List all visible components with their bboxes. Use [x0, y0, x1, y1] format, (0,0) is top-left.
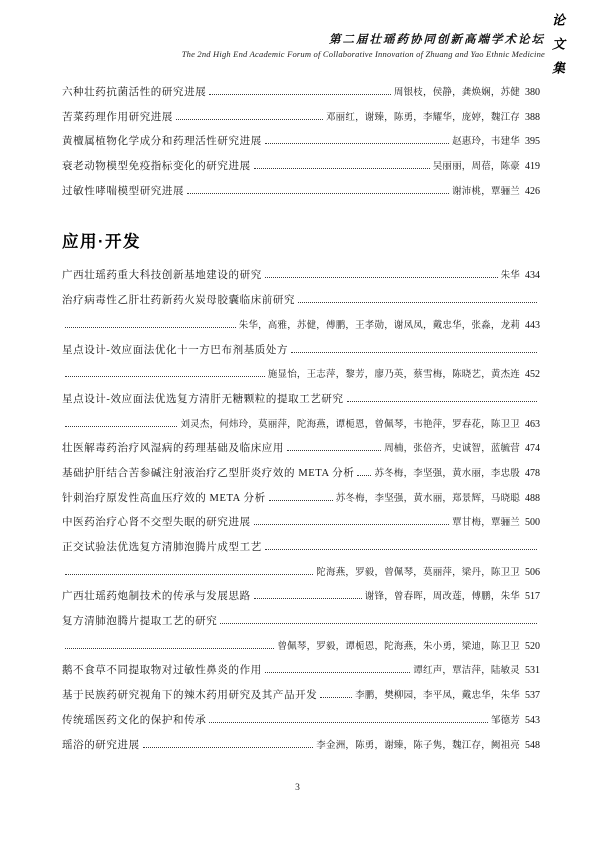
- entry-authors: 刘灵杰，何炜玲，莫丽萍，陀海燕，谭栀恩，曾佩琴，韦艳萍，罗春花，陈卫卫: [180, 416, 520, 430]
- entry-authors: 曾佩琴，罗毅，谭栀恩，陀海燕，朱小勇，梁迪，陈卫卫: [277, 638, 520, 652]
- entry-title: 鹅不食草不同提取物对过敏性鼻炎的作用: [62, 662, 262, 677]
- dotted-leader: [209, 94, 391, 95]
- toc-entry: 针刺治疗原发性高血压疗效的 META 分析 苏冬梅，李坚强，黄水丽，郑景辉，马晓…: [62, 490, 540, 515]
- dotted-leader: [187, 193, 449, 194]
- entry-page-number: 419: [525, 161, 540, 172]
- dotted-leader: [65, 574, 313, 575]
- toc-entry: 苦菜药理作用研究进展 邓丽红，谢臻，陈勇，李耀华，庞婷，魏江存 388: [62, 109, 540, 134]
- dotted-leader: [176, 119, 323, 120]
- entry-page-number: 500: [525, 517, 540, 528]
- proceedings-side-label: 论文集: [548, 13, 567, 85]
- dotted-leader: [220, 623, 537, 624]
- entry-authors: 覃甘梅，覃骊兰: [452, 514, 520, 528]
- dotted-leader: [291, 352, 537, 353]
- toc-entry: 过敏性哮喘模型研究进展 谢沛桃，覃骊兰 426: [62, 183, 540, 208]
- toc-entry: 衰老动物模型免疫指标变化的研究进展 吴丽丽，周蓓，陈豪 419: [62, 158, 540, 183]
- entry-page-number: 380: [525, 87, 540, 98]
- entry-title: 黄檀属植物化学成分和药理活性研究进展: [62, 133, 262, 148]
- entry-authors: 谢锋，曾春晖，周改莲，傅鹏，朱华: [365, 588, 520, 602]
- entry-authors: 周楠，张倍齐，史诚智，蓝毓营: [384, 440, 520, 454]
- dotted-leader: [65, 426, 177, 427]
- entry-authors: 李金洲，陈勇，谢臻，陈子隽，魏江存，阙祖亮: [316, 737, 520, 751]
- toc-entry: 黄檀属植物化学成分和药理活性研究进展 赵惠玲，韦建华 395: [62, 133, 540, 158]
- dotted-leader: [287, 450, 381, 451]
- entry-page-number: 506: [525, 567, 540, 578]
- dotted-leader: [65, 648, 274, 649]
- entry-title: 复方清肺泡腾片提取工艺的研究: [62, 613, 217, 628]
- toc-entry: 基于民族药研究视角下的辣木药用研究及其产品开发 李鹏，樊柳园，李平凤，戴忠华，朱…: [62, 687, 540, 712]
- dotted-leader: [254, 598, 362, 599]
- entry-title: 壮医解毒药治疗风湿病的药理基础及临床应用: [62, 440, 284, 455]
- toc-page: 第二届壮瑶药协同创新高端学术论坛 The 2nd High End Academ…: [0, 0, 595, 842]
- toc-entry: 广西壮瑶药重大科技创新基地建设的研究 朱华 434: [62, 267, 540, 292]
- dotted-leader: [320, 697, 352, 698]
- entry-authors: 施显怡，王志萍，黎芳，廖乃英，蔡雪梅，陈晓艺，黄杰连: [268, 366, 520, 380]
- entry-title: 瑶浴的研究进展: [62, 737, 140, 752]
- toc-entry: 鹅不食草不同提取物对过敏性鼻炎的作用 谭红声，覃洁萍，陆敏灵 531: [62, 662, 540, 687]
- entry-authors: 赵惠玲，韦建华: [452, 133, 520, 147]
- page-footer: 3: [0, 777, 595, 795]
- entry-title: 广西壮瑶药重大科技创新基地建设的研究: [62, 267, 262, 282]
- entry-title: 星点设计-效应面法优选复方清肝无糖颗粒的提取工艺研究: [62, 391, 344, 406]
- entry-title: 治疗病毒性乙肝壮药新药火炭母胶囊临床前研究: [62, 292, 295, 307]
- entry-page-number: 434: [525, 270, 540, 281]
- entry-authors: 周银枝，侯静，龚焕娴，苏健: [394, 84, 520, 98]
- entry-authors: 苏冬梅，李坚强，黄水丽，李忠殷: [374, 465, 520, 479]
- entry-authors: 邹德芳: [491, 712, 520, 726]
- entry-title: 星点设计-效应面法优化十一方巴布剂基质处方: [62, 342, 288, 357]
- toc-entry: 陀海燕，罗毅，曾佩琴，莫丽萍，梁丹，陈卫卫 506: [62, 564, 540, 589]
- entry-title: 过敏性哮喘模型研究进展: [62, 183, 184, 198]
- dotted-leader: [265, 277, 498, 278]
- toc-entry: 治疗病毒性乙肝壮药新药火炭母胶囊临床前研究: [62, 292, 540, 317]
- entry-title: 传统瑶医药文化的保护和传承: [62, 712, 206, 727]
- toc-entry: 刘灵杰，何炜玲，莫丽萍，陀海燕，谭栀恩，曾佩琴，韦艳萍，罗春花，陈卫卫 463: [62, 416, 540, 441]
- dotted-leader: [265, 672, 410, 673]
- table-of-contents: 六种壮药抗菌活性的研究进展 周银枝，侯静，龚焕娴，苏健 380 苦菜药理作用研究…: [62, 84, 540, 761]
- entry-page-number: 426: [525, 186, 540, 197]
- entry-title: 基于民族药研究视角下的辣木药用研究及其产品开发: [62, 687, 317, 702]
- entry-authors: 谢沛桃，覃骊兰: [452, 183, 520, 197]
- entry-authors: 谭红声，覃洁萍，陆敏灵: [413, 662, 520, 676]
- toc-entry: 广西壮瑶药炮制技术的传承与发展思路 谢锋，曾春晖，周改莲，傅鹏，朱华 517: [62, 588, 540, 613]
- entry-page-number: 395: [525, 136, 540, 147]
- toc-entry: 基础护肝结合苦参碱注射液治疗乙型肝炎疗效的 META 分析 苏冬梅，李坚强，黄水…: [62, 465, 540, 490]
- toc-entry: 瑶浴的研究进展 李金洲，陈勇，谢臻，陈子隽，魏江存，阙祖亮 548: [62, 737, 540, 762]
- dotted-leader: [265, 143, 449, 144]
- toc-entry: 六种壮药抗菌活性的研究进展 周银枝，侯静，龚焕娴，苏健 380: [62, 84, 540, 109]
- entry-page-number: 537: [525, 690, 540, 701]
- entry-authors: 朱华，高雅，苏健，傅鹏，王孝勋，谢凤凤，戴忠华，张淼，龙莉: [239, 317, 520, 331]
- entry-page-number: 531: [525, 665, 540, 676]
- entry-page-number: 517: [525, 591, 540, 602]
- dotted-leader: [254, 524, 449, 525]
- dotted-leader: [65, 376, 265, 377]
- page-number: 3: [295, 783, 300, 793]
- entry-page-number: 520: [525, 641, 540, 652]
- entry-authors: 陀海燕，罗毅，曾佩琴，莫丽萍，梁丹，陈卫卫: [316, 564, 520, 578]
- entry-authors: 苏冬梅，李坚强，黄水丽，郑景辉，马晓聪: [336, 490, 520, 504]
- entry-title: 基础护肝结合苦参碱注射液治疗乙型肝炎疗效的 META 分析: [62, 465, 354, 480]
- entry-page-number: 543: [525, 715, 540, 726]
- entry-page-number: 488: [525, 493, 540, 504]
- toc-entry: 曾佩琴，罗毅，谭栀恩，陀海燕，朱小勇，梁迪，陈卫卫 520: [62, 638, 540, 663]
- entry-title: 中医药治疗心肾不交型失眠的研究进展: [62, 514, 251, 529]
- dotted-leader: [298, 302, 537, 303]
- dotted-leader: [209, 722, 488, 723]
- section-heading: 应用·开发: [62, 228, 540, 252]
- forum-title-english: The 2nd High End Academic Forum of Colla…: [182, 49, 545, 60]
- toc-entry: 中医药治疗心肾不交型失眠的研究进展 覃甘梅，覃骊兰 500: [62, 514, 540, 539]
- toc-entry: 星点设计-效应面法优化十一方巴布剂基质处方: [62, 342, 540, 367]
- entry-page-number: 478: [525, 468, 540, 479]
- entry-page-number: 443: [525, 320, 540, 331]
- dotted-leader: [265, 549, 537, 550]
- toc-entry: 复方清肺泡腾片提取工艺的研究: [62, 613, 540, 638]
- dotted-leader: [254, 168, 430, 169]
- dotted-leader: [347, 401, 537, 402]
- toc-entry: 传统瑶医药文化的保护和传承 邹德芳 543: [62, 712, 540, 737]
- entry-title: 衰老动物模型免疫指标变化的研究进展: [62, 158, 251, 173]
- entry-authors: 邓丽红，谢臻，陈勇，李耀华，庞婷，魏江存: [326, 109, 520, 123]
- entry-page-number: 388: [525, 112, 540, 123]
- entry-authors: 李鹏，樊柳园，李平凤，戴忠华，朱华: [355, 687, 520, 701]
- entry-title: 正交试验法优选复方清肺泡腾片成型工艺: [62, 539, 262, 554]
- forum-title-chinese: 第二届壮瑶药协同创新高端学术论坛: [182, 33, 545, 47]
- entry-authors: 吴丽丽，周蓓，陈豪: [433, 158, 520, 172]
- entry-title: 六种壮药抗菌活性的研究进展: [62, 84, 206, 99]
- toc-entry: 壮医解毒药治疗风湿病的药理基础及临床应用 周楠，张倍齐，史诚智，蓝毓营 474: [62, 440, 540, 465]
- entry-title: 针刺治疗原发性高血压疗效的 META 分析: [62, 490, 266, 505]
- dotted-leader: [357, 475, 371, 476]
- toc-entry: 施显怡，王志萍，黎芳，廖乃英，蔡雪梅，陈晓艺，黄杰连 452: [62, 366, 540, 391]
- entry-title: 苦菜药理作用研究进展: [62, 109, 173, 124]
- entry-page-number: 463: [525, 419, 540, 430]
- entry-page-number: 548: [525, 740, 540, 751]
- toc-entry: 星点设计-效应面法优选复方清肝无糖颗粒的提取工艺研究: [62, 391, 540, 416]
- entry-authors: 朱华: [501, 267, 520, 281]
- dotted-leader: [269, 500, 333, 501]
- dotted-leader: [143, 747, 314, 748]
- page-header: 第二届壮瑶药协同创新高端学术论坛 The 2nd High End Academ…: [182, 33, 545, 60]
- toc-entry: 朱华，高雅，苏健，傅鹏，王孝勋，谢凤凤，戴忠华，张淼，龙莉 443: [62, 317, 540, 342]
- entry-page-number: 452: [525, 369, 540, 380]
- dotted-leader: [65, 327, 236, 328]
- entry-title: 广西壮瑶药炮制技术的传承与发展思路: [62, 588, 251, 603]
- entry-page-number: 474: [525, 443, 540, 454]
- toc-entry: 正交试验法优选复方清肺泡腾片成型工艺: [62, 539, 540, 564]
